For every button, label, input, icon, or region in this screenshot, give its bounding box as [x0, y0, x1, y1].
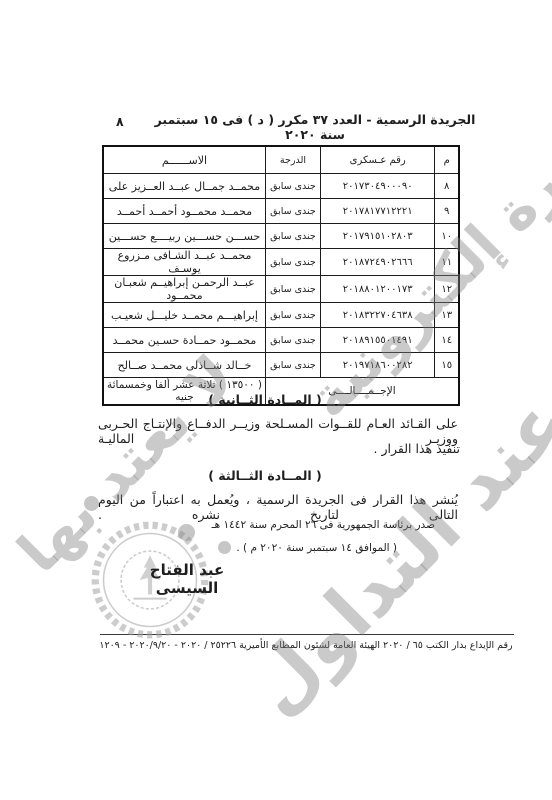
cell-serial: ١٣ [435, 303, 459, 328]
total-label: الإجــمــــالــــى [265, 378, 459, 406]
cell-military-number: ٢٠١٧٣٠٤٩٠٠٠٩٠ [320, 174, 434, 199]
table-row: ١١ ٢٠١٨٧٢٤٩٠٢٦٦٦ جندى سابق محمــد عبــد … [103, 249, 459, 276]
article-two-body-line2: تنفيذ هذا القرار . [374, 441, 460, 456]
col-header-serial: م [435, 146, 459, 174]
cell-rank: جندى سابق [265, 353, 320, 378]
cell-name: إبراهيـــم محمــد خليـــل شعيـب [103, 303, 265, 328]
gazette-page: { "page": { "number": "٨", "title": "الج… [0, 0, 552, 800]
table-header-row: م رقم عـسكرى الدرجة الاســــــم [103, 146, 459, 174]
cell-name: محمــد محمــود أحمــد أحمــد [103, 199, 265, 224]
table-row: ٨ ٢٠١٧٣٠٤٩٠٠٠٩٠ جندى سابق محمــد جمــال … [103, 174, 459, 199]
watermark-dot [218, 541, 231, 554]
article-three-heading: ( المــادة الثــالثة ) [95, 468, 435, 483]
issuance-gregorian-date: ( الموافق ١٤ سبتمبر سنة ٢٠٢٠ م ) . [236, 542, 397, 554]
cell-serial: ١١ [435, 249, 459, 276]
cell-military-number: ٢٠١٨٣٢٢٧٠٤٦٣٨ [320, 303, 434, 328]
cell-military-number: ٢٠١٧٨١٧٧١٢٢٢١ [320, 199, 434, 224]
signature-name: عبد الفتاح السيسى [116, 561, 258, 597]
table-total-row: الإجــمــــالــــى ( ١٣٥٠٠ ) ثلاثة عشر أ… [103, 378, 459, 406]
cell-rank: جندى سابق [265, 199, 320, 224]
table-row: ١٠ ٢٠١٧٩١٥١٠٢٨٠٣ جندى سابق حســـن حســـي… [103, 224, 459, 249]
cell-serial: ١٢ [435, 276, 459, 303]
table-row: ١٥ ٢٠١٩٧١٨٦٠٠٢٨٢ جندى سابق خــالد شــاذل… [103, 353, 459, 378]
cell-military-number: ٢٠١٨٨٠١٢٠٠١٧٣ [320, 276, 434, 303]
cell-name: حســـن حســـين ربيــــع حســـين [103, 224, 265, 249]
cell-name: خــالد شــاذلى محمــد صــالح [103, 353, 265, 378]
cell-serial: ١٤ [435, 328, 459, 353]
col-header-name: الاســــــم [103, 146, 265, 174]
gazette-title: الجريدة الرسمية - العدد ٣٧ مكرر ( د ) فى… [148, 112, 482, 142]
page-number: ٨ [116, 114, 124, 129]
cell-military-number: ٢٠١٨٩١٥٥٠١٤٩١ [320, 328, 434, 353]
cell-rank: جندى سابق [265, 224, 320, 249]
personnel-table: م رقم عـسكرى الدرجة الاســــــم ٨ ٢٠١٧٣٠… [102, 145, 460, 406]
cell-military-number: ٢٠١٩٧١٨٦٠٠٢٨٢ [320, 353, 434, 378]
table-row: ١٤ ٢٠١٨٩١٥٥٠١٤٩١ جندى سابق محمــود حمــا… [103, 328, 459, 353]
cell-rank: جندى سابق [265, 249, 320, 276]
issuance-hijri-date: صدر برئاسة الجمهورية فى ٢٦ المحرم سنة ١٤… [212, 519, 435, 531]
col-header-military-number: رقم عـسكرى [320, 146, 434, 174]
table-row: ١٣ ٢٠١٨٣٢٢٧٠٤٦٣٨ جندى سابق إبراهيـــم مح… [103, 303, 459, 328]
watermark-dot [84, 496, 99, 511]
cell-name: محمــد عبــد الشـافى مـزروع يوسـف [103, 249, 265, 276]
cell-rank: جندى سابق [265, 174, 320, 199]
cell-military-number: ٢٠١٨٧٢٤٩٠٢٦٦٦ [320, 249, 434, 276]
cell-serial: ١٥ [435, 353, 459, 378]
cell-name: محمــود حمــادة حسـين محمــد [103, 328, 265, 353]
cell-name: محمــد جمــال عبــد العــزيز على [103, 174, 265, 199]
cell-name: عبــد الرحمـن إبراهيــم شعبـان محمــود [103, 276, 265, 303]
cell-rank: جندى سابق [265, 328, 320, 353]
cell-serial: ٨ [435, 174, 459, 199]
cell-serial: ١٠ [435, 224, 459, 249]
table-row: ٩ ٢٠١٧٨١٧٧١٢٢٢١ جندى سابق محمــد محمــود… [103, 199, 459, 224]
cell-rank: جندى سابق [265, 276, 320, 303]
cell-rank: جندى سابق [265, 303, 320, 328]
cell-military-number: ٢٠١٧٩١٥١٠٢٨٠٣ [320, 224, 434, 249]
cell-serial: ٩ [435, 199, 459, 224]
personnel-table-container: م رقم عـسكرى الدرجة الاســــــم ٨ ٢٠١٧٣٠… [102, 145, 460, 406]
total-amount: ( ١٣٥٠٠ ) ثلاثة عشر ألفا وخمسمائة جنيه [103, 378, 265, 406]
table-row: ١٢ ٢٠١٨٨٠١٢٠٠١٧٣ جندى سابق عبــد الرحمـن… [103, 276, 459, 303]
col-header-rank: الدرجة [265, 146, 320, 174]
